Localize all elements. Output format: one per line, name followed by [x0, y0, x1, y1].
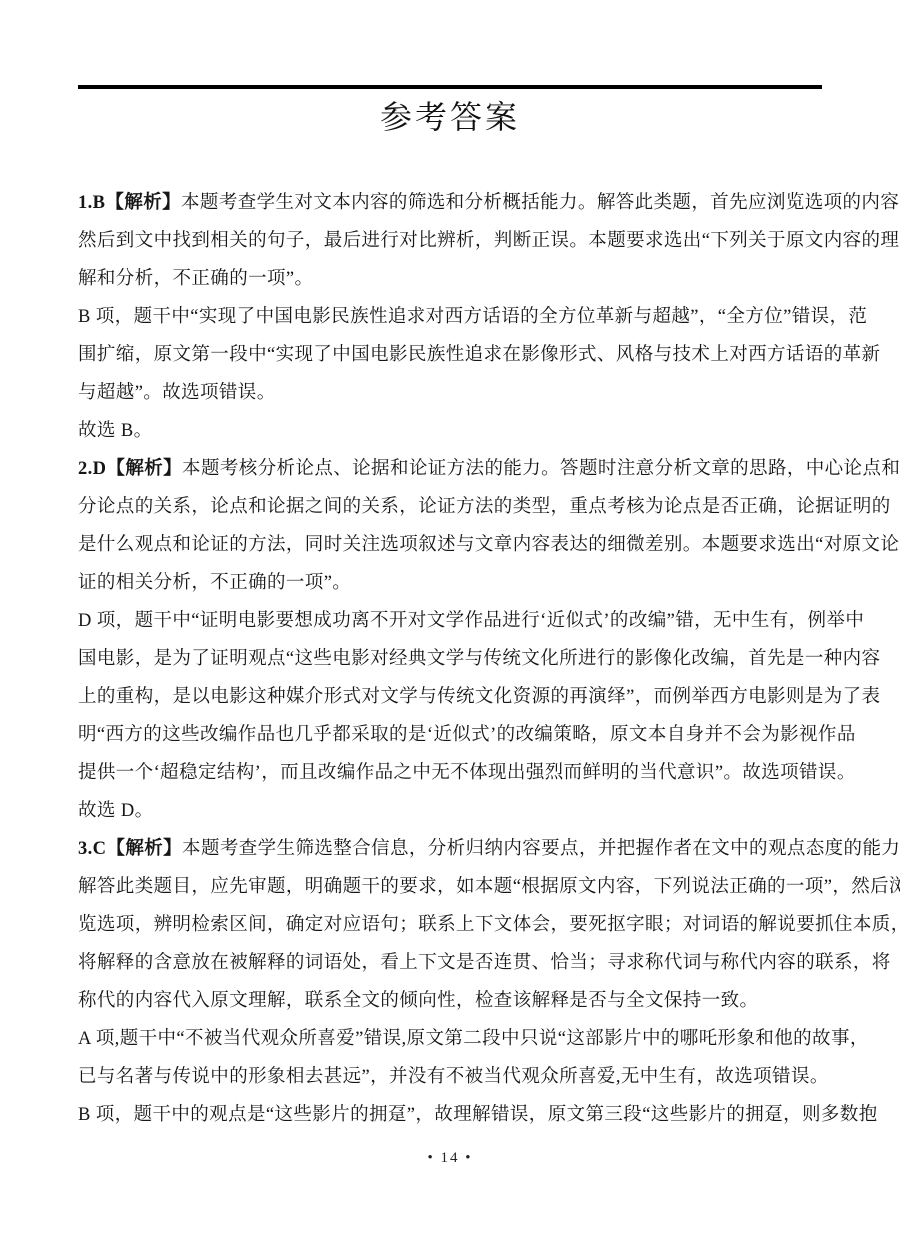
text-line: 故选 D。	[78, 792, 822, 830]
line-text: 围扩缩，原文第一段中“实现了中国电影民族性追求在影像形式、风格与技术上对西方话语…	[78, 345, 880, 365]
text-line: 览选项，辨明检索区间，确定对应语句；联系上下文体会，要死抠字眼；对词语的解说要抓…	[78, 906, 822, 944]
text-line: 国电影，是为了证明观点“这些电影对经典文学与传统文化所进行的影像化改编，首先是一…	[78, 640, 822, 678]
text-line: 2.D【解析】本题考核分析论点、论据和论证方法的能力。答题时注意分析文章的思路，…	[78, 450, 822, 488]
line-text: D 项，题干中“证明电影要想成功离不开对文学作品进行‘近似式’的改编”错，无中生…	[78, 611, 864, 631]
text-line: 与超越”。故选项错误。	[78, 374, 822, 412]
line-text: 已与名著与传说中的形象相去甚远”，并没有不被当代观众所喜爱,无中生有，故选项错误…	[78, 1067, 829, 1087]
text-line: 称代的内容代入原文理解，联系全文的倾向性，检查该解释是否与全文保持一致。	[78, 982, 822, 1020]
text-line: 围扩缩，原文第一段中“实现了中国电影民族性追求在影像形式、风格与技术上对西方话语…	[78, 336, 822, 374]
text-line: 证的相关分析，不正确的一项”。	[78, 564, 822, 602]
answer-label: 1.B【解析】	[78, 193, 181, 213]
page-number: • 14 •	[0, 1150, 900, 1167]
line-text: B 项，题干中的观点是“这些影片的拥趸”，故理解错误，原文第三段“这些影片的拥趸…	[78, 1105, 878, 1125]
text-line: B 项，题干中的观点是“这些影片的拥趸”，故理解错误，原文第三段“这些影片的拥趸…	[78, 1096, 822, 1134]
text-line: 上的重构，是以电影这种媒介形式对文学与传统文化资源的再演绎”，而例举西方电影则是…	[78, 678, 822, 716]
line-text: A 项,题干中“不被当代观众所喜爱”错误,原文第二段中只说“这部影片中的哪吒形象…	[78, 1029, 869, 1049]
text-line: 3.C【解析】本题考查学生筛选整合信息，分析归纳内容要点，并把握作者在文中的观点…	[78, 830, 822, 868]
line-text: 是什么观点和论证的方法，同时关注选项叙述与文章内容表达的细微差别。本题要求选出“…	[78, 535, 899, 555]
text-line: 故选 B。	[78, 412, 822, 450]
text-line: B 项，题干中“实现了中国电影民族性追求对西方话语的全方位革新与超越”，“全方位…	[78, 298, 822, 336]
text-line: 提供一个‘超稳定结构’，而且改编作品之中无不体现出强烈而鲜明的当代意识”。故选项…	[78, 754, 822, 792]
line-text: 称代的内容代入原文理解，联系全文的倾向性，检查该解释是否与全文保持一致。	[78, 991, 758, 1011]
line-text: 故选 B。	[78, 421, 152, 441]
line-text: 与超越”。故选项错误。	[78, 383, 276, 403]
answer-text-block: 1.B【解析】本题考查学生对文本内容的筛选和分析概括能力。解答此类题，首先应浏览…	[78, 184, 822, 1134]
line-text: 解和分析，不正确的一项”。	[78, 269, 313, 289]
line-text: 解答此类题目，应先审题，明确题干的要求，如本题“根据原文内容，下列说法正确的一项…	[78, 877, 900, 897]
line-text: 览选项，辨明检索区间，确定对应语句；联系上下文体会，要死抠字眼；对词语的解说要抓…	[78, 915, 900, 935]
line-text: 本题考核分析论点、论据和论证方法的能力。答题时注意分析文章的思路，中心论点和	[182, 459, 900, 479]
line-text: 提供一个‘超稳定结构’，而且改编作品之中无不体现出强烈而鲜明的当代意识”。故选项…	[78, 763, 856, 783]
text-line: 1.B【解析】本题考查学生对文本内容的筛选和分析概括能力。解答此类题，首先应浏览…	[78, 184, 822, 222]
text-line: A 项,题干中“不被当代观众所喜爱”错误,原文第二段中只说“这部影片中的哪吒形象…	[78, 1020, 822, 1058]
text-line: 然后到文中找到相关的句子，最后进行对比辨析，判断正误。本题要求选出“下列关于原文…	[78, 222, 822, 260]
text-line: 解答此类题目，应先审题，明确题干的要求，如本题“根据原文内容，下列说法正确的一项…	[78, 868, 822, 906]
text-line: 明“西方的这些改编作品也几乎都采取的是‘近似式’的改编策略，原文本自身并不会为影…	[78, 716, 822, 754]
line-text: 分论点的关系，论点和论据之间的关系，论证方法的类型，重点考核为论点是否正确，论据…	[78, 497, 891, 517]
line-text: 明“西方的这些改编作品也几乎都采取的是‘近似式’的改编策略，原文本自身并不会为影…	[78, 725, 856, 745]
header-divider	[78, 85, 822, 89]
text-line: 将解释的含意放在被解释的词语处，看上下文是否连贯、恰当；寻求称代词与称代内容的联…	[78, 944, 822, 982]
line-text: 国电影，是为了证明观点“这些电影对经典文学与传统文化所进行的影像化改编，首先是一…	[78, 649, 880, 669]
line-text: 故选 D。	[78, 801, 154, 821]
document-page: 参考答案 1.B【解析】本题考查学生对文本内容的筛选和分析概括能力。解答此类题，…	[0, 0, 900, 1246]
line-text: 证的相关分析，不正确的一项”。	[78, 573, 351, 593]
line-text: 本题考查学生筛选整合信息，分析归纳内容要点，并把握作者在文中的观点态度的能力。	[182, 839, 900, 859]
text-line: 分论点的关系，论点和论据之间的关系，论证方法的类型，重点考核为论点是否正确，论据…	[78, 488, 822, 526]
line-text: B 项，题干中“实现了中国电影民族性追求对西方话语的全方位革新与超越”，“全方位…	[78, 307, 867, 327]
answer-label: 3.C【解析】	[78, 839, 182, 859]
answer-label: 2.D【解析】	[78, 459, 182, 479]
line-text: 将解释的含意放在被解释的词语处，看上下文是否连贯、恰当；寻求称代词与称代内容的联…	[78, 953, 891, 973]
text-line: 解和分析，不正确的一项”。	[78, 260, 822, 298]
text-line: 是什么观点和论证的方法，同时关注选项叙述与文章内容表达的细微差别。本题要求选出“…	[78, 526, 822, 564]
line-text: 本题考查学生对文本内容的筛选和分析概括能力。解答此类题，首先应浏览选项的内容，	[181, 193, 900, 213]
line-text: 上的重构，是以电影这种媒介形式对文学与传统文化资源的再演绎”，而例举西方电影则是…	[78, 687, 880, 707]
line-text: 然后到文中找到相关的句子，最后进行对比辨析，判断正误。本题要求选出“下列关于原文…	[78, 231, 899, 251]
text-line: 已与名著与传说中的形象相去甚远”，并没有不被当代观众所喜爱,无中生有，故选项错误…	[78, 1058, 822, 1096]
page-title: 参考答案	[0, 92, 900, 138]
text-line: D 项，题干中“证明电影要想成功离不开对文学作品进行‘近似式’的改编”错，无中生…	[78, 602, 822, 640]
